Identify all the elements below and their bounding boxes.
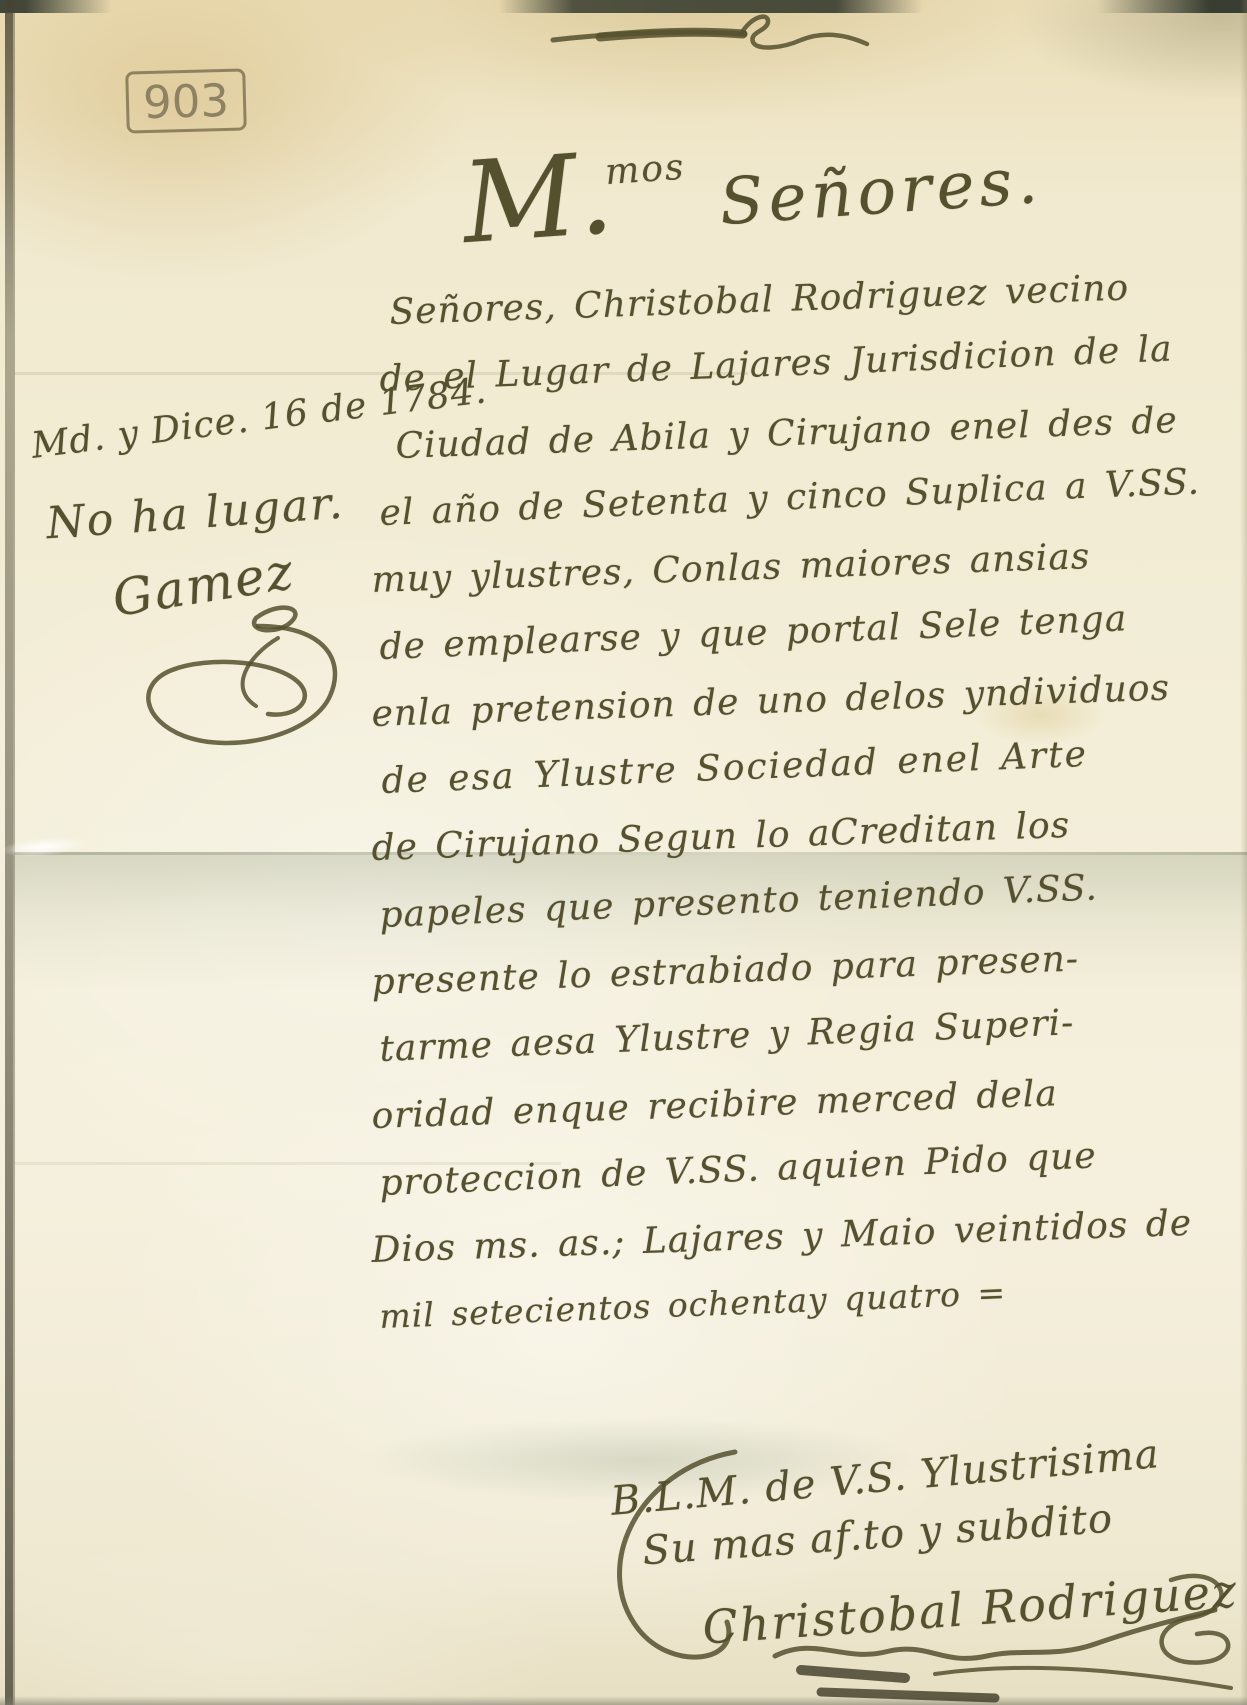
heading-superscript: mos (604, 147, 687, 194)
heading-word: Señores. (717, 144, 1044, 240)
heading-initial: M. (459, 138, 617, 260)
ink-flourish-signature-icon (575, 1430, 1247, 1705)
margin-resolution-note: No ha lugar. (45, 478, 346, 550)
letter-body: Señores, Christobal Rodriguez vecino de … (372, 292, 1162, 1364)
ink-flourish-top-icon (545, 6, 885, 70)
letter-heading: M. mos Señores. (459, 108, 1045, 260)
archive-number: 903 (142, 73, 229, 128)
scanned-manuscript-letter: 903 M. mos Señores. Md. y Dice. 16 de 17… (0, 0, 1247, 1705)
ink-rubric-gamez-icon (128, 596, 358, 766)
archive-number-box: 903 (125, 68, 247, 133)
